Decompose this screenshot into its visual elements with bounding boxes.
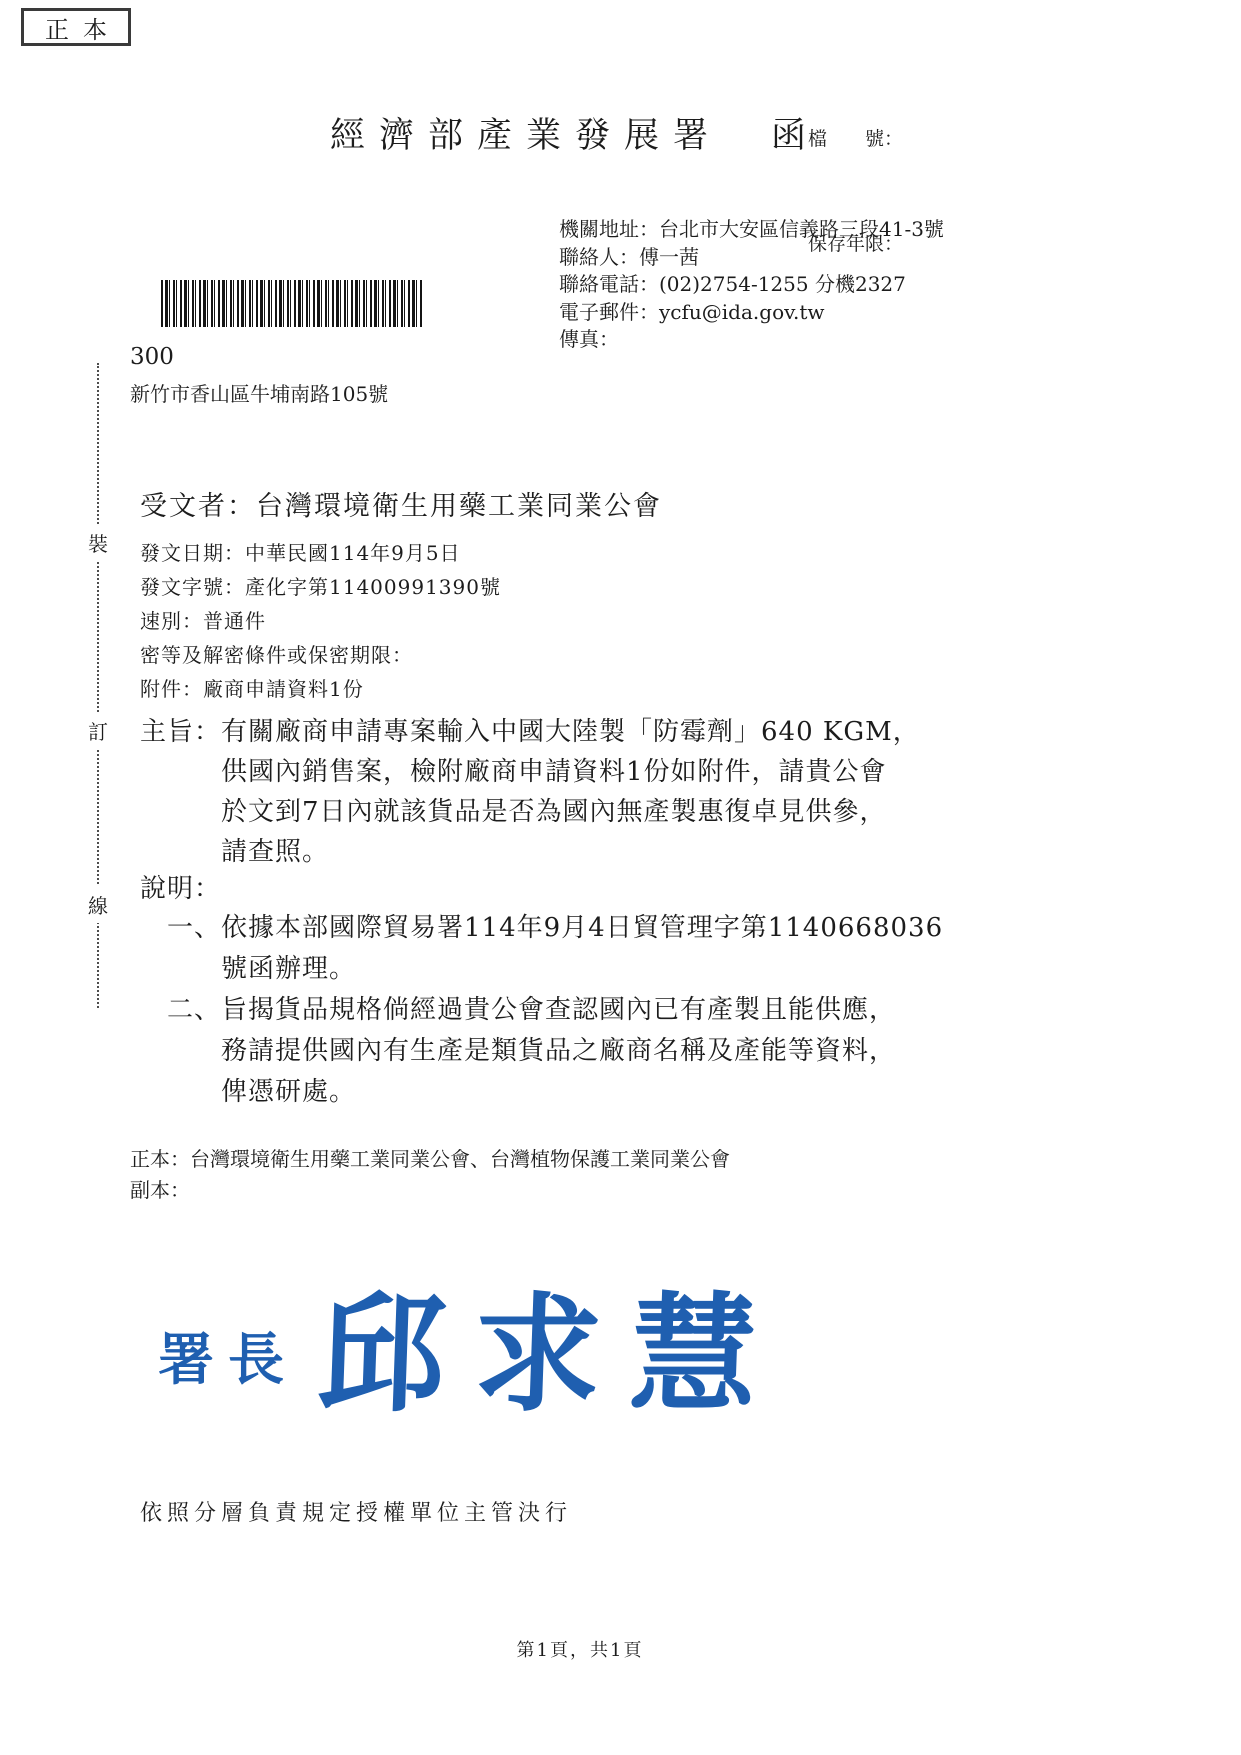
recipient-zip-code: 300 bbox=[130, 344, 174, 370]
explanation-item-2: 二、 旨揭貨品規格倘經過貴公會查認國內已有產製且能供應， 務請提供國內有生產是類… bbox=[167, 990, 896, 1113]
page-number-footer: 第1頁，共1頁 bbox=[0, 1636, 1160, 1662]
attachment-field: 附件：廠商申請資料1份 bbox=[140, 672, 501, 706]
copies-section: 正本：台灣環境衛生用藥工業同業公會、台灣植物保護工業同業公會 副本： bbox=[130, 1144, 730, 1206]
explanation-item-2-text: 旨揭貨品規格倘經過貴公會查認國內已有產製且能供應， 務請提供國內有生產是類貨品之… bbox=[221, 990, 896, 1113]
signer-signature: 邱求慧 bbox=[315, 1252, 789, 1436]
binding-mark-zhuang: 裝 bbox=[86, 524, 110, 561]
issue-date-field: 發文日期：中華民國114年9月5日 bbox=[140, 536, 501, 570]
subject-label: 主旨： bbox=[140, 712, 221, 872]
agency-fax: 傳真： bbox=[559, 326, 944, 354]
official-letter-page: 正本 檔 號： 保存年限： 經濟部產業發展署 函 機關地址：台北市大安區信義路三… bbox=[0, 0, 1241, 1755]
subject-text: 有關廠商申請專案輸入中國大陸製「防霉劑」640 KGM， 供國內銷售案，檢附廠商… bbox=[221, 712, 920, 872]
recipient-street-address: 新竹市香山區牛埔南路105號 bbox=[130, 378, 388, 407]
explanation-item-2-number: 二、 bbox=[167, 990, 221, 1113]
agency-contact-person: 聯絡人：傅一茜 bbox=[559, 244, 944, 272]
explanation-item-1-number: 一、 bbox=[167, 908, 221, 990]
agency-address: 機關地址：台北市大安區信義路三段41-3號 bbox=[559, 216, 944, 244]
explanation-label: 說明： bbox=[140, 868, 221, 905]
original-copy-stamp-text: 正本 bbox=[45, 10, 121, 45]
barcode bbox=[161, 280, 423, 327]
agency-email: 電子郵件：ycfu@ida.gov.tw bbox=[559, 299, 944, 327]
original-copy-recipients: 正本：台灣環境衛生用藥工業同業公會、台灣植物保護工業同業公會 bbox=[130, 1144, 730, 1175]
binding-mark-xian: 線 bbox=[86, 886, 110, 923]
subject-line: 於文到7日內就該貨品是否為國內無產製惠復卓見供參， bbox=[221, 792, 920, 832]
document-title: 經濟部產業發展署 函 bbox=[0, 108, 1150, 158]
document-meta-block: 發文日期：中華民國114年9月5日 發文字號：產化字第11400991390號 … bbox=[140, 536, 501, 706]
agency-phone: 聯絡電話：(02)2754-1255 分機2327 bbox=[559, 271, 944, 299]
explanation-item-1: 一、 依據本部國際貿易署114年9月4日貿管理字第1140668036 號函辦理… bbox=[167, 908, 943, 990]
cc-recipients: 副本： bbox=[130, 1175, 730, 1206]
recipient-field: 受文者：台灣環境衛生用藥工業同業公會 bbox=[140, 484, 662, 523]
explanation-line: 號函辦理。 bbox=[221, 949, 943, 990]
original-copy-stamp: 正本 bbox=[21, 8, 131, 46]
security-class-field: 密等及解密條件或保密期限： bbox=[140, 638, 501, 672]
delegation-note: 依照分層負責規定授權單位主管決行 bbox=[140, 1496, 572, 1527]
subject-section: 主旨： 有關廠商申請專案輸入中國大陸製「防霉劑」640 KGM， 供國內銷售案，… bbox=[140, 712, 920, 872]
explanation-line: 務請提供國內有生產是類貨品之廠商名稱及產能等資料， bbox=[221, 1031, 896, 1072]
signer-title: 署長 bbox=[158, 1316, 298, 1396]
subject-line: 供國內銷售案，檢附廠商申請資料1份如附件，請貴公會 bbox=[221, 752, 920, 792]
explanation-item-1-text: 依據本部國際貿易署114年9月4日貿管理字第1140668036 號函辦理。 bbox=[221, 908, 943, 990]
speed-class-field: 速別：普通件 bbox=[140, 604, 501, 638]
explanation-line: 依據本部國際貿易署114年9月4日貿管理字第1140668036 bbox=[221, 908, 943, 949]
agency-contact-block: 機關地址：台北市大安區信義路三段41-3號 聯絡人：傅一茜 聯絡電話：(02)2… bbox=[559, 216, 944, 354]
explanation-line: 旨揭貨品規格倘經過貴公會查認國內已有產製且能供應， bbox=[221, 990, 896, 1031]
explanation-line: 俾憑研處。 bbox=[221, 1072, 896, 1113]
binding-mark-ding: 訂 bbox=[86, 712, 110, 749]
subject-line: 有關廠商申請專案輸入中國大陸製「防霉劑」640 KGM， bbox=[221, 712, 920, 752]
document-number-field: 發文字號：產化字第11400991390號 bbox=[140, 570, 501, 604]
subject-line: 請查照。 bbox=[221, 832, 920, 872]
